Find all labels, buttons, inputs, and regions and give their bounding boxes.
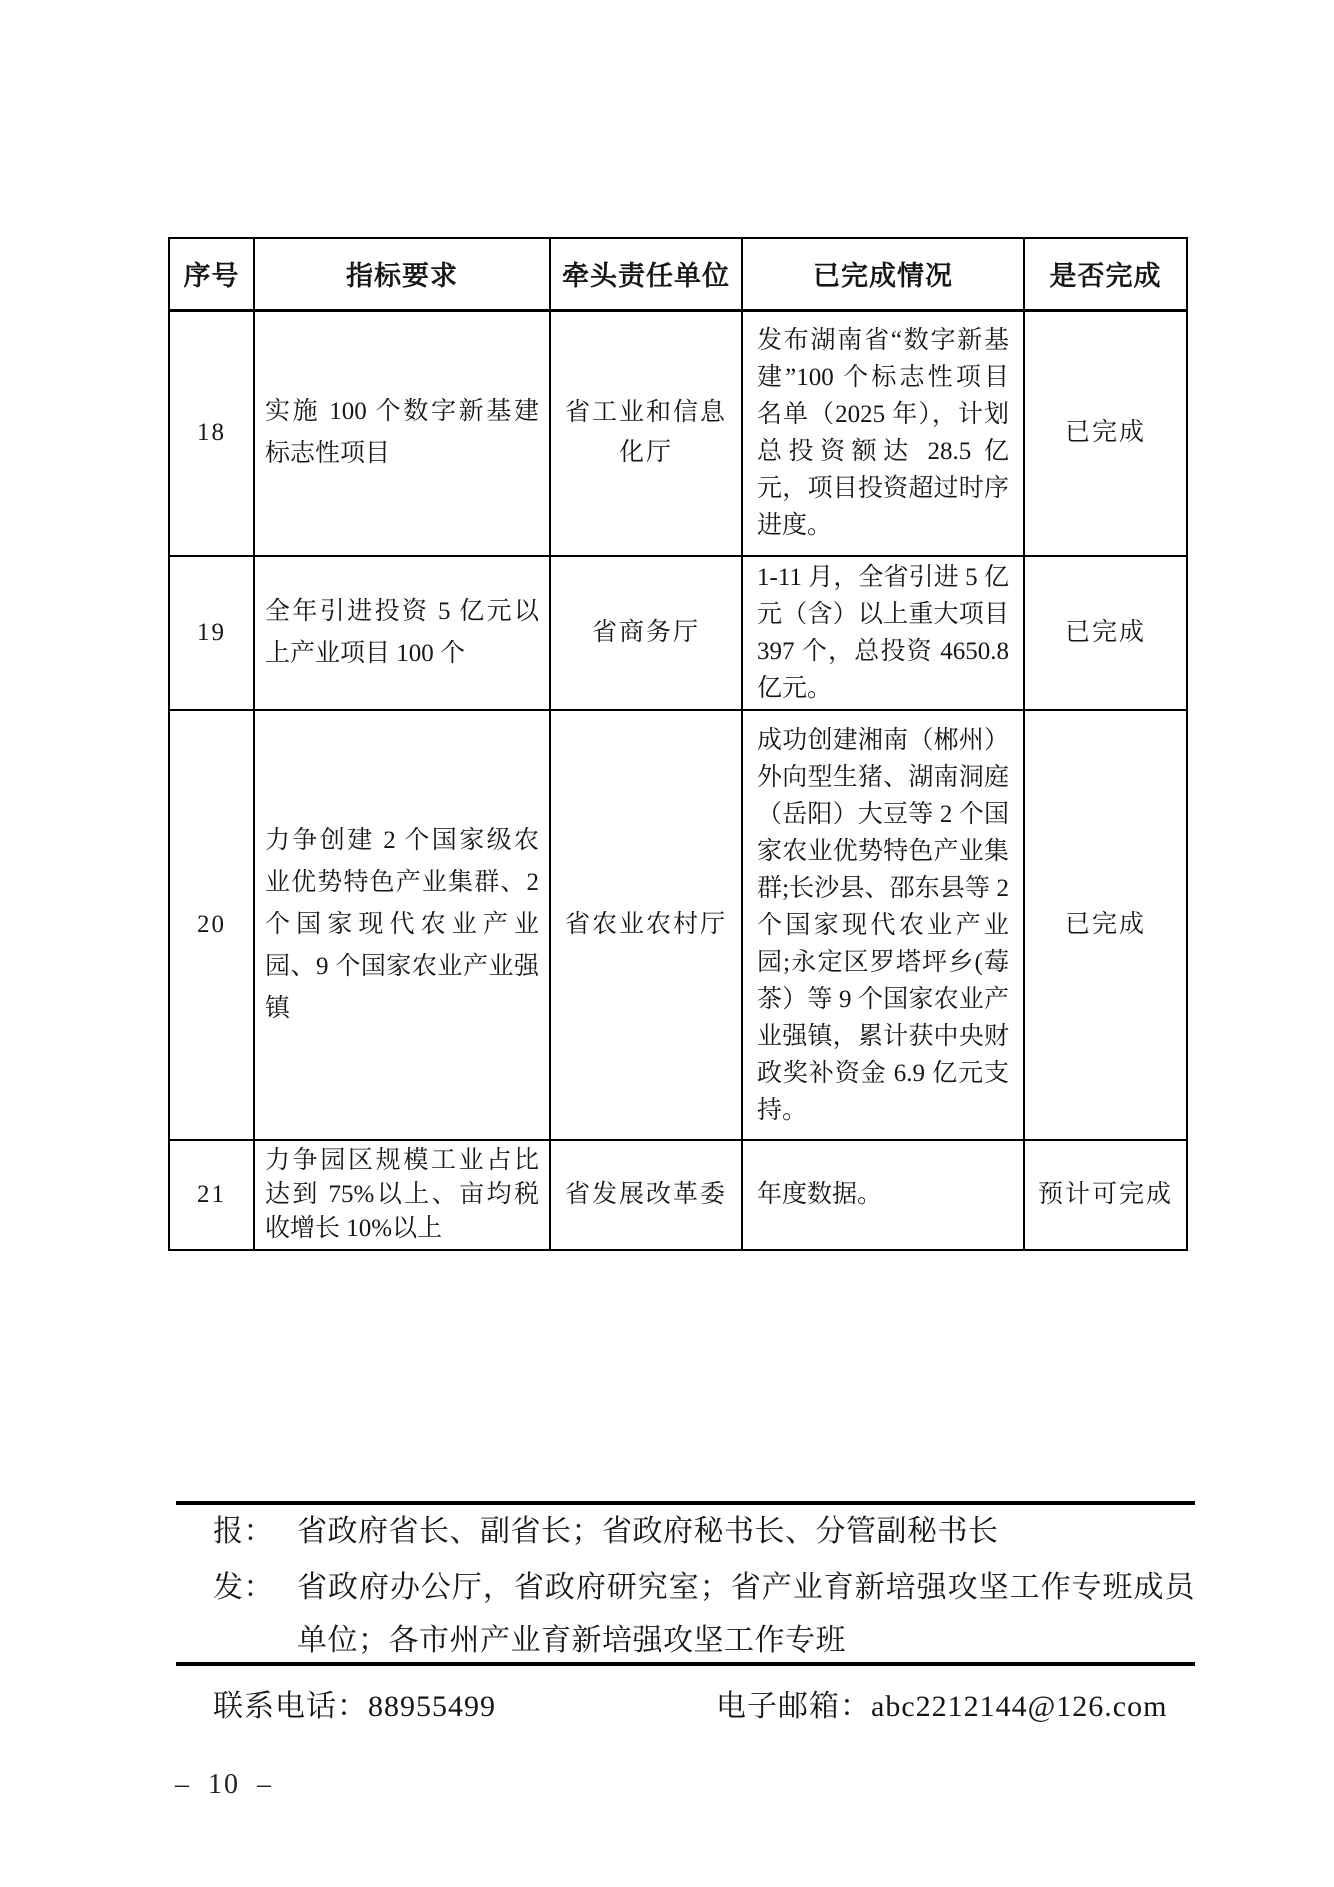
send-to-line: 发： 省政府办公厅，省政府研究室；省产业育新培强攻坚工作专班成员单位；各市州产业…: [213, 1561, 1195, 1667]
cell-seq: 19: [169, 556, 254, 710]
cell-completion-status: 年度数据。: [742, 1140, 1024, 1250]
header-lead-unit: 牵头责任单位: [550, 238, 742, 310]
cell-lead-unit: 省农业农村厅: [550, 710, 742, 1140]
table-row-18: 18 实施 100 个数字新基建标志性项目 省工业和信息化厅 发布湖南省“数字新…: [169, 310, 1187, 556]
send-text: 省政府办公厅，省政府研究室；省产业育新培强攻坚工作专班成员单位；各市州产业育新培…: [297, 1561, 1195, 1667]
header-seq: 序号: [169, 238, 254, 310]
cell-is-completed: 已完成: [1024, 556, 1187, 710]
cell-completion-status: 发布湖南省“数字新基建”100 个标志性项目名单（2025 年），计划总投资额达…: [742, 310, 1024, 556]
cell-lead-unit: 省工业和信息化厅: [550, 310, 742, 556]
header-is-completed: 是否完成: [1024, 238, 1187, 310]
cell-requirement: 力争园区规模工业占比达到 75%以上、亩均税收增长 10%以上: [254, 1140, 550, 1250]
report-label: 报：: [213, 1511, 297, 1553]
cell-seq: 18: [169, 310, 254, 556]
report-text: 省政府省长、副省长；省政府秘书长、分管副秘书长: [297, 1511, 999, 1553]
cell-requirement: 全年引进投资 5 亿元以上产业项目 100 个: [254, 556, 550, 710]
table-row-19: 19 全年引进投资 5 亿元以上产业项目 100 个 省商务厅 1-11 月，全…: [169, 556, 1187, 710]
header-requirement: 指标要求: [254, 238, 550, 310]
cell-seq: 21: [169, 1140, 254, 1250]
cell-completion-status: 1-11 月，全省引进 5 亿元（含）以上重大项目 397 个，总投资 4650…: [742, 556, 1024, 710]
phone-number: 88955499: [368, 1690, 496, 1723]
report-to-line: 报： 省政府省长、副省长；省政府秘书长、分管副秘书长: [213, 1511, 999, 1553]
email-address: abc2212144@126.com: [871, 1690, 1167, 1723]
cell-is-completed: 预计可完成: [1024, 1140, 1187, 1250]
contact-phone: 联系电话：88955499: [213, 1686, 496, 1728]
contact-email: 电子邮箱：abc2212144@126.com: [716, 1686, 1167, 1728]
email-label: 电子邮箱：: [716, 1690, 871, 1723]
cell-seq: 20: [169, 710, 254, 1140]
cell-requirement: 实施 100 个数字新基建标志性项目: [254, 310, 550, 556]
completion-status-table: 序号 指标要求 牵头责任单位 已完成情况 是否完成 18 实施 100 个数字新…: [168, 237, 1188, 1251]
cell-completion-status: 成功创建湘南（郴州）外向型生猪、湖南洞庭（岳阳）大豆等 2 个国家农业优势特色产…: [742, 710, 1024, 1140]
cell-is-completed: 已完成: [1024, 310, 1187, 556]
separator-rule-top: [176, 1501, 1195, 1505]
phone-label: 联系电话：: [213, 1690, 368, 1723]
cell-lead-unit: 省发展改革委: [550, 1140, 742, 1250]
cell-requirement: 力争创建 2 个国家级农业优势特色产业集群、2 个国家现代农业产业园、9 个国家…: [254, 710, 550, 1140]
cell-is-completed: 已完成: [1024, 710, 1187, 1140]
table-row-21: 21 力争园区规模工业占比达到 75%以上、亩均税收增长 10%以上 省发展改革…: [169, 1140, 1187, 1250]
table-header-row: 序号 指标要求 牵头责任单位 已完成情况 是否完成: [169, 238, 1187, 310]
table-row-20: 20 力争创建 2 个国家级农业优势特色产业集群、2 个国家现代农业产业园、9 …: [169, 710, 1187, 1140]
page-number: – 10 –: [175, 1764, 273, 1806]
cell-lead-unit: 省商务厅: [550, 556, 742, 710]
header-completion-status: 已完成情况: [742, 238, 1024, 310]
send-label: 发：: [213, 1561, 297, 1614]
separator-rule-bottom: [176, 1662, 1195, 1666]
